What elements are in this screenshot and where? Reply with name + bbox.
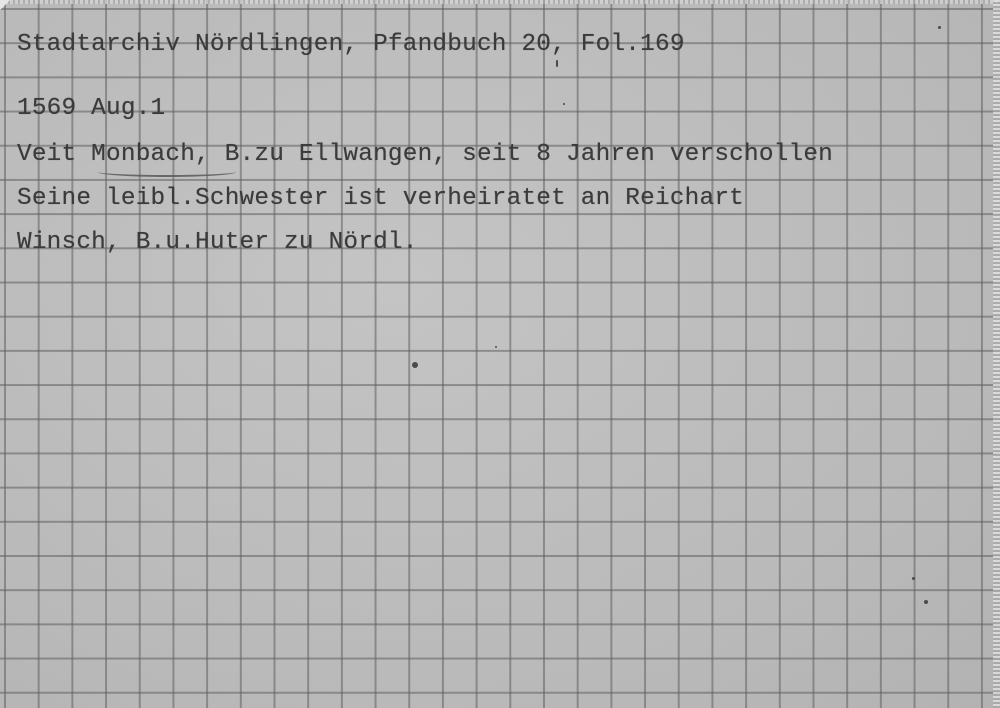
ink-speck [495, 346, 497, 348]
ink-speck [912, 577, 915, 580]
card-corner [0, 0, 10, 10]
archive-reference: Stadtarchiv Nördlingen, Pfandbuch 20, Fo… [17, 33, 685, 57]
ink-speck [563, 103, 565, 105]
body-line-2: Seine leibl.Schwester ist verheiratet an… [17, 187, 744, 211]
card-right-edge [993, 0, 1000, 708]
body-line-1: Veit Monbach, B.zu Ellwangen, seit 8 Jah… [17, 143, 833, 167]
card-top-edge [0, 0, 1000, 4]
ink-speck [412, 362, 418, 368]
body-line-3: Winsch, B.u.Huter zu Nördl. [17, 231, 418, 255]
name-underline [98, 172, 236, 177]
ink-speck [938, 26, 941, 29]
ink-speck [924, 600, 928, 604]
ink-speck [556, 60, 558, 67]
index-card: Stadtarchiv Nördlingen, Pfandbuch 20, Fo… [0, 0, 1000, 708]
entry-date: 1569 Aug.1 [17, 97, 165, 121]
